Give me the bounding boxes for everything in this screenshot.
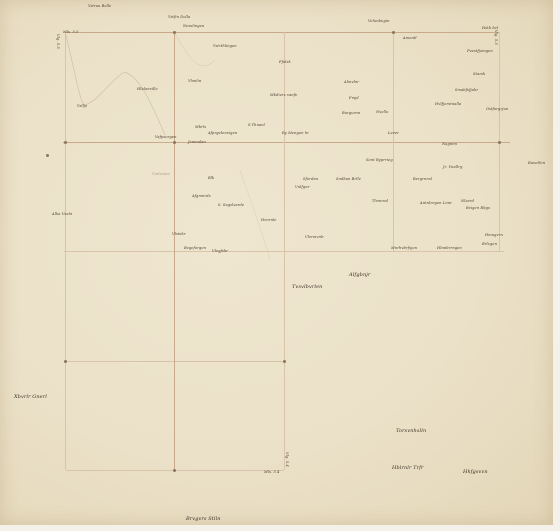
place-label: Hkfgsvvn xyxy=(463,469,488,475)
place-label: Ysllje xyxy=(77,104,87,108)
place-label: Bergrnnsl xyxy=(413,177,432,181)
place-label: Vafpsorgen xyxy=(155,135,177,139)
place-label: Mbrls xyxy=(195,125,206,129)
grid-node xyxy=(173,469,176,472)
place-label: Stamk xyxy=(473,72,485,76)
map-sheet: Ystrau BolleYstfin DollaNesslingenMls. 5… xyxy=(0,0,553,525)
place-label: Tvsvlbvrlen xyxy=(292,284,322,290)
place-label: Afprgelenvigen xyxy=(208,131,237,135)
place-label: Xbvrlr Gnerl xyxy=(14,394,47,400)
place-label: Hmngvrn xyxy=(485,233,503,237)
place-label: Vlvgfshr xyxy=(212,249,228,253)
place-label: Alfgbnjr xyxy=(349,272,370,278)
place-label: Sfordan xyxy=(303,177,318,181)
place-label: Ostforgrjun xyxy=(486,107,508,111)
place-label: Brvgvrs Stlln xyxy=(186,516,221,522)
place-label: Yhmlin xyxy=(188,79,201,83)
grid-node xyxy=(64,141,67,144)
place-label: Torsvnhslln xyxy=(396,428,426,434)
sheet-reference-label: Vlg. 5.5 xyxy=(56,34,60,49)
place-label: Mnrhvbrfsjon xyxy=(391,246,417,250)
place-label: Ystrthlingen xyxy=(213,44,237,48)
place-label: Brlvgen xyxy=(482,242,497,246)
sheet-reference-label: Vlg. 5.5 xyxy=(494,30,498,45)
place-label: Velunbugin xyxy=(368,19,390,23)
place-label: Hlnnbrrngen xyxy=(437,246,462,250)
place-label: Amontl xyxy=(403,36,417,40)
place-label: Afgmnrde xyxy=(192,194,211,198)
place-label: Ffalsk xyxy=(279,60,291,64)
place-label: Fmjd xyxy=(349,96,359,100)
place-label: Bvgeforgen xyxy=(184,246,206,250)
place-label: Jr. Vnallrg xyxy=(443,165,463,169)
grid-node xyxy=(46,154,49,157)
place-label: Bargurnn xyxy=(342,111,360,115)
place-label: Alka Vsaln xyxy=(52,212,72,216)
boundary-curve xyxy=(0,0,553,525)
place-label: Nesslingen xyxy=(183,24,204,28)
grid-node xyxy=(498,141,501,144)
place-label: Vinlsmnn xyxy=(152,172,170,176)
place-label: Hvlfjorstnalla xyxy=(435,102,461,106)
place-label: Pvestfjomgen xyxy=(467,49,493,53)
place-label: S.Thnanl xyxy=(248,123,265,127)
place-label: Vlvrmvnlr xyxy=(305,235,324,239)
grid-node xyxy=(392,31,395,34)
place-label: Leeer xyxy=(388,131,399,135)
sheet-reference-label: Vlg. 5.4 xyxy=(285,452,289,467)
place-label: Ravetlnn xyxy=(528,161,545,165)
place-label: Nvello xyxy=(376,110,388,114)
grid-node xyxy=(64,360,67,363)
place-label: Almvlnr xyxy=(344,80,359,84)
place-label: Ystfin Dolla xyxy=(168,15,190,19)
place-label: Sndban Brlle xyxy=(336,177,361,181)
place-label: S. Sagslvarde xyxy=(218,203,244,207)
grid-node xyxy=(173,31,176,34)
place-label: Nlavrd xyxy=(461,199,474,203)
place-label: Vlstsbr xyxy=(172,232,186,236)
place-label: Hlalonville xyxy=(137,87,158,91)
place-label: Ry Mengen hr xyxy=(282,131,309,135)
place-label: Mls. 5.4 xyxy=(264,470,279,474)
place-label: Mls. 5.5 xyxy=(63,30,78,34)
place-label: Antnlnrgen Lnnr xyxy=(420,201,452,205)
place-label: Mkdiers vanfe xyxy=(270,93,297,97)
place-label: Nagnnn xyxy=(442,142,457,146)
place-label: Jemnalan xyxy=(188,140,206,144)
grid-node xyxy=(173,141,176,144)
place-label: Sent Ryprrieg xyxy=(366,158,393,162)
place-label: Tlvmrnd xyxy=(372,199,388,203)
place-label: Hblrnlr Trfr xyxy=(392,465,424,471)
place-label: Hvnrnle xyxy=(261,218,277,222)
place-label: Blk xyxy=(208,176,214,180)
grid-node xyxy=(283,360,286,363)
place-label: Bvigen Rbgs xyxy=(466,206,490,210)
place-label: Vnlfgnr xyxy=(295,185,309,189)
place-label: Smabfsfjahr xyxy=(455,88,478,92)
place-label: Ystrau Bolle xyxy=(88,4,111,8)
